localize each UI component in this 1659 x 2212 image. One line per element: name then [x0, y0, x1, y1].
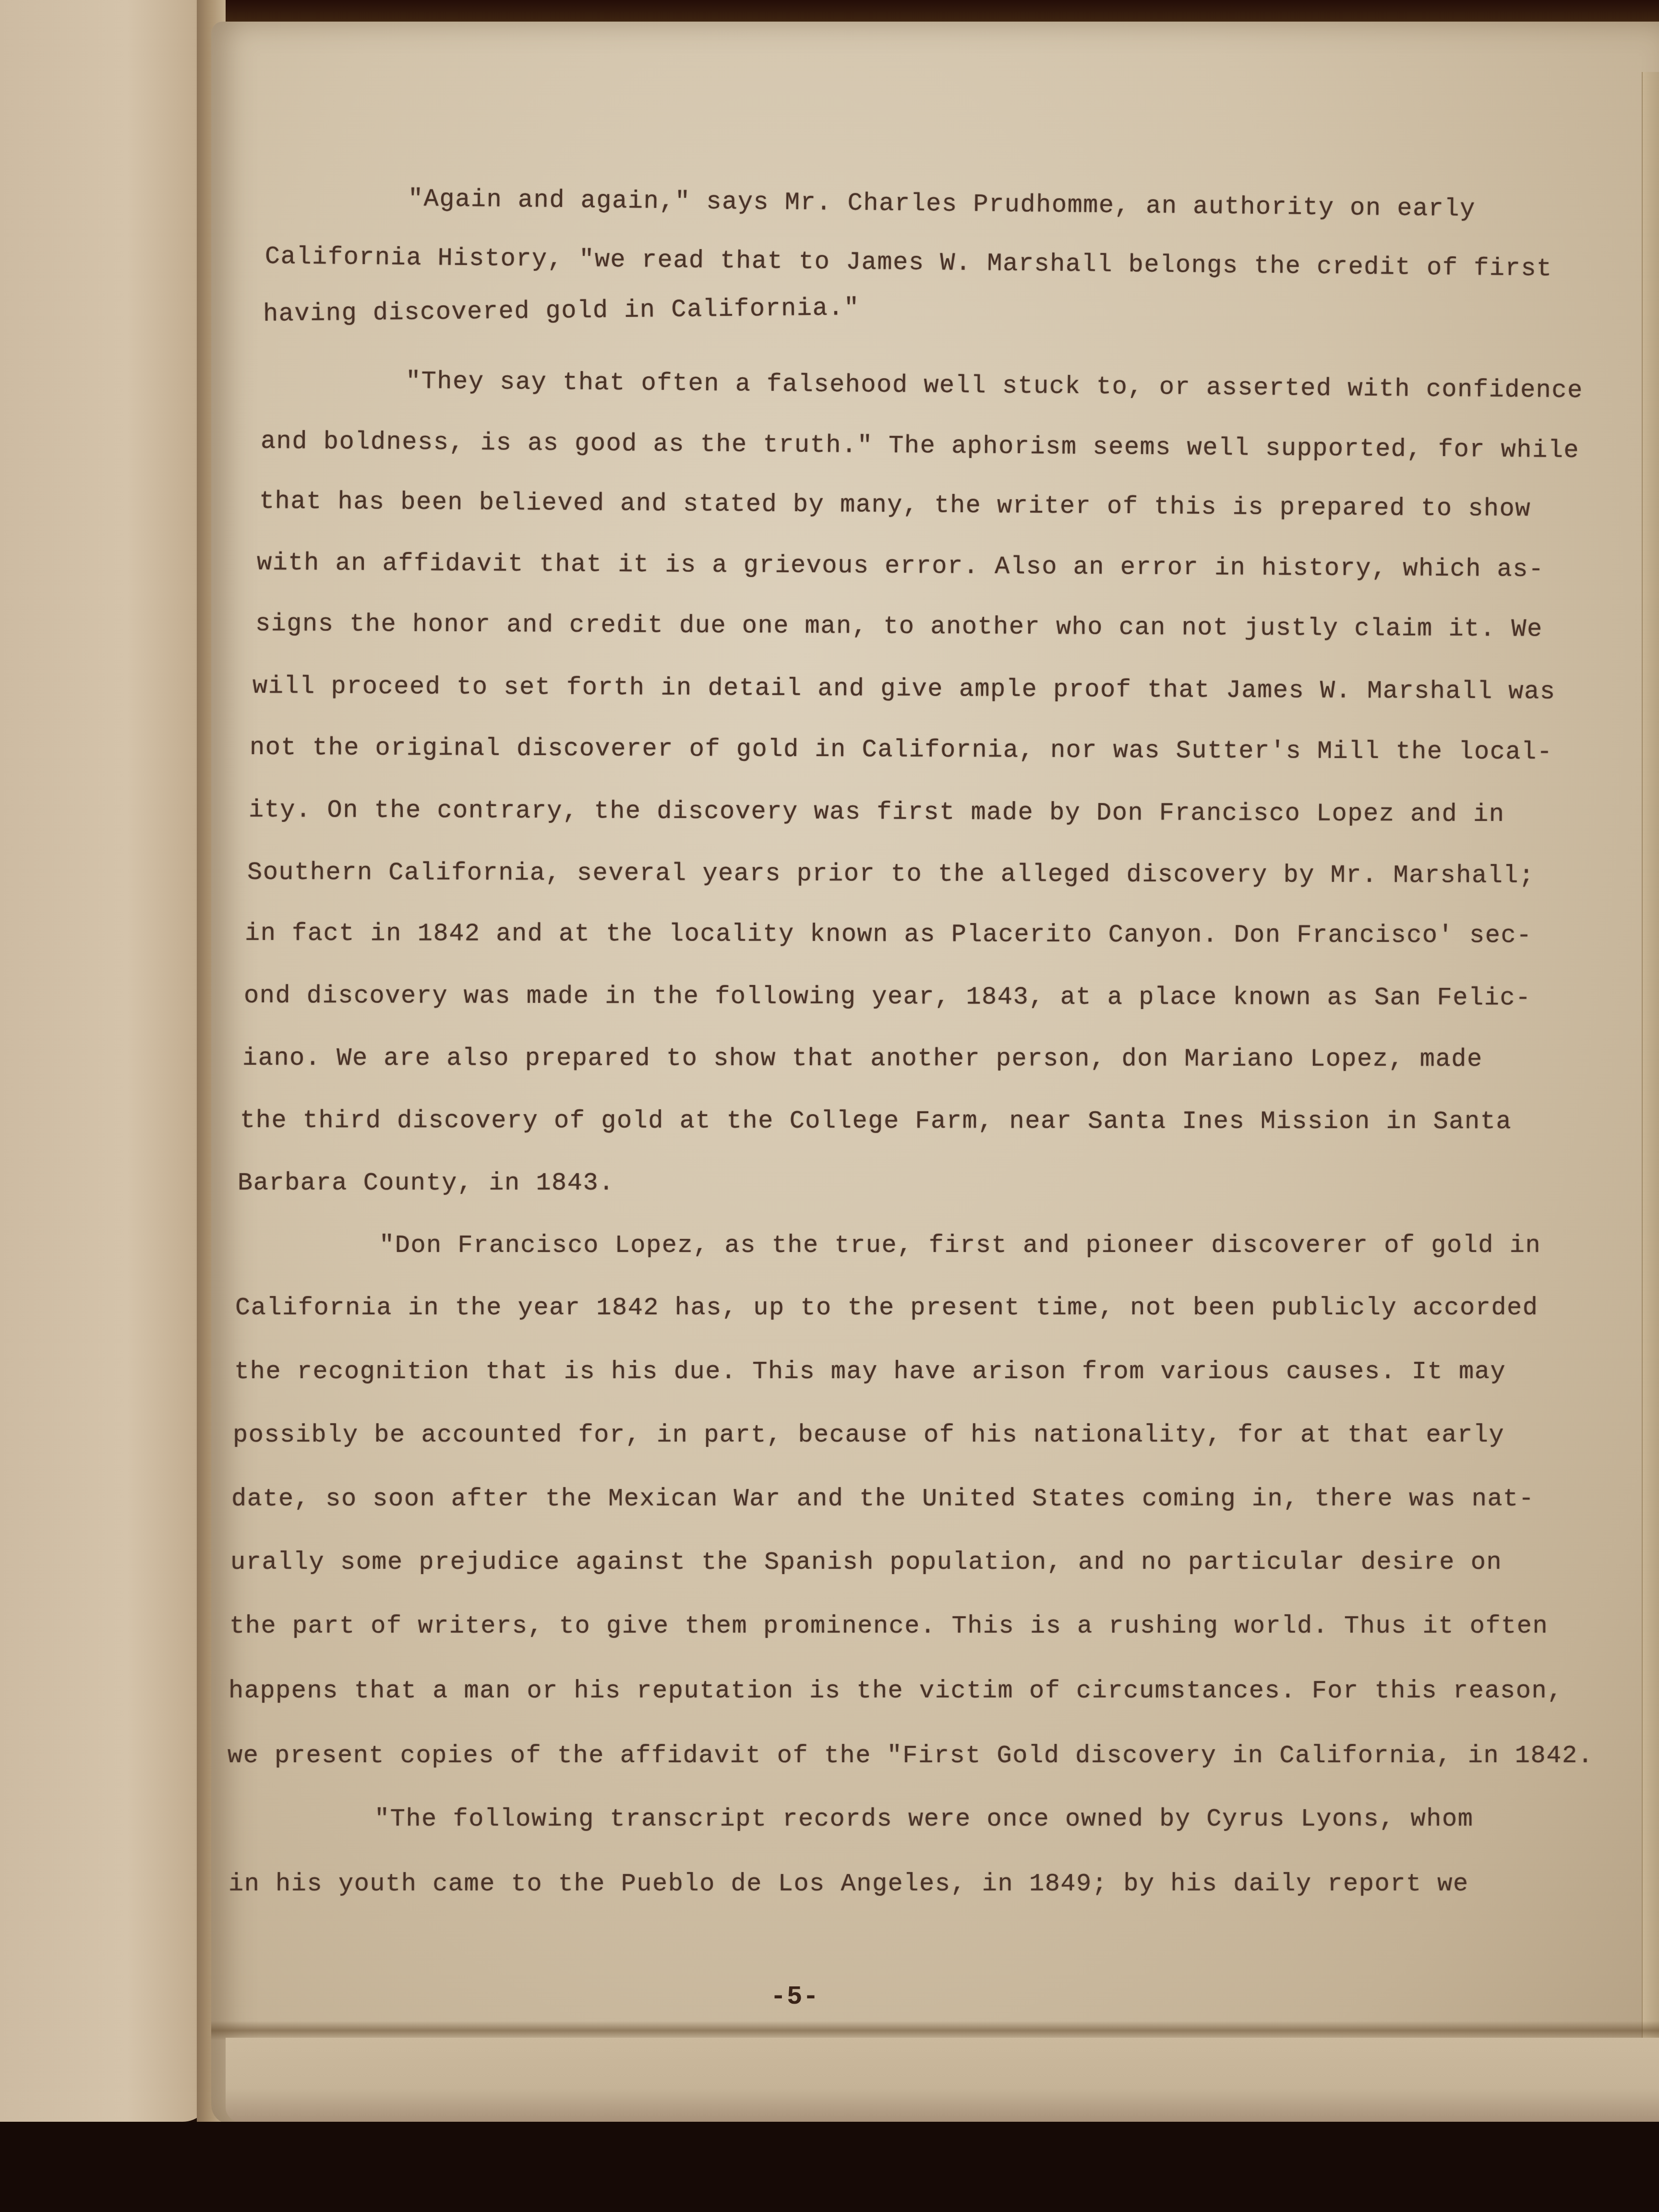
text-line: possibly be accounted for, in part, beca… — [233, 1421, 1504, 1449]
text-line: that has been believed and stated by man… — [259, 487, 1531, 523]
text-line: ond discovery was made in the following … — [244, 982, 1531, 1012]
text-line: "The following transcript records were o… — [374, 1805, 1473, 1833]
text-line: iano. We are also prepared to show that … — [242, 1044, 1483, 1073]
text-line: not the original discoverer of gold in C… — [250, 733, 1553, 766]
text-line: "Don Francisco Lopez, as the true, first… — [379, 1231, 1541, 1260]
text-line: having discovered gold in California." — [263, 294, 860, 328]
text-line: California in the year 1842 has, up to t… — [235, 1294, 1539, 1322]
text-line: the recognition that is his due. This ma… — [234, 1358, 1506, 1386]
book-photo: ıb on ,eloit ƨƨɘoo ɘdɈ ɟo ɘw ɘvɘɿƨ ɘnɒ b… — [0, 0, 1659, 2212]
text-line: with an affidavit that it is a grievous … — [257, 549, 1544, 584]
text-line: date, so soon after the Mexican War and … — [231, 1485, 1535, 1513]
text-line: in fact in 1842 and at the locality know… — [245, 919, 1532, 950]
text-line: and boldness, is as good as the truth." … — [261, 427, 1580, 465]
text-line: will proceed to set forth in detail and … — [252, 672, 1556, 706]
text-line: in his youth came to the Pueblo de Los A… — [228, 1870, 1469, 1898]
text-line: "Again and again," says Mr. Charles Prud… — [408, 185, 1476, 223]
page-number: -5- — [770, 1983, 819, 2012]
text-line: happens that a man or his reputation is … — [228, 1677, 1563, 1705]
text-line: signs the honor and credit due one man, … — [255, 610, 1543, 644]
text-line: we present copies of the affidavit of th… — [228, 1742, 1593, 1770]
text-line: California History, "we read that to Jam… — [265, 242, 1552, 283]
text-line: Southern California, several years prior… — [247, 858, 1535, 890]
text-line: "They say that often a falsehood well st… — [406, 367, 1583, 405]
text-line: urally some prejudice against the Spanis… — [230, 1548, 1502, 1576]
text-line: the third discovery of gold at the Colle… — [240, 1106, 1512, 1136]
text-line: the part of writers, to give them promin… — [229, 1612, 1548, 1640]
text-line: Barbara County, in 1843. — [238, 1169, 614, 1197]
typewritten-text: "Again and again," says Mr. Charles Prud… — [0, 0, 1659, 2212]
text-line: ity. On the contrary, the discovery was … — [249, 796, 1505, 829]
